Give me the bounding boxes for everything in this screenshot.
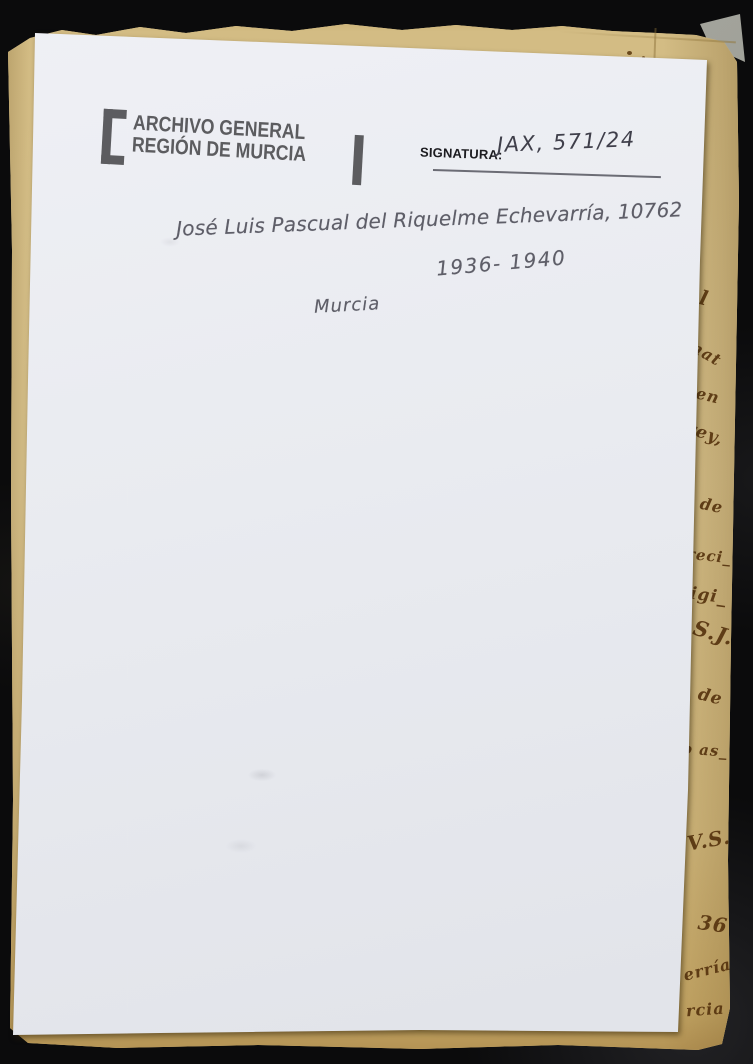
stamp-bracket-icon [101, 109, 127, 165]
annotation-place: Murcia [313, 293, 380, 317]
signatura-label: SIGNATURA: [420, 145, 503, 163]
archive-document-photo: l nat en rey, de reci_ igi_ S.J. de o as… [0, 0, 753, 1064]
stamp-text: ARCHIVO GENERAL REGIÓN DE MURCIA [131, 112, 308, 166]
